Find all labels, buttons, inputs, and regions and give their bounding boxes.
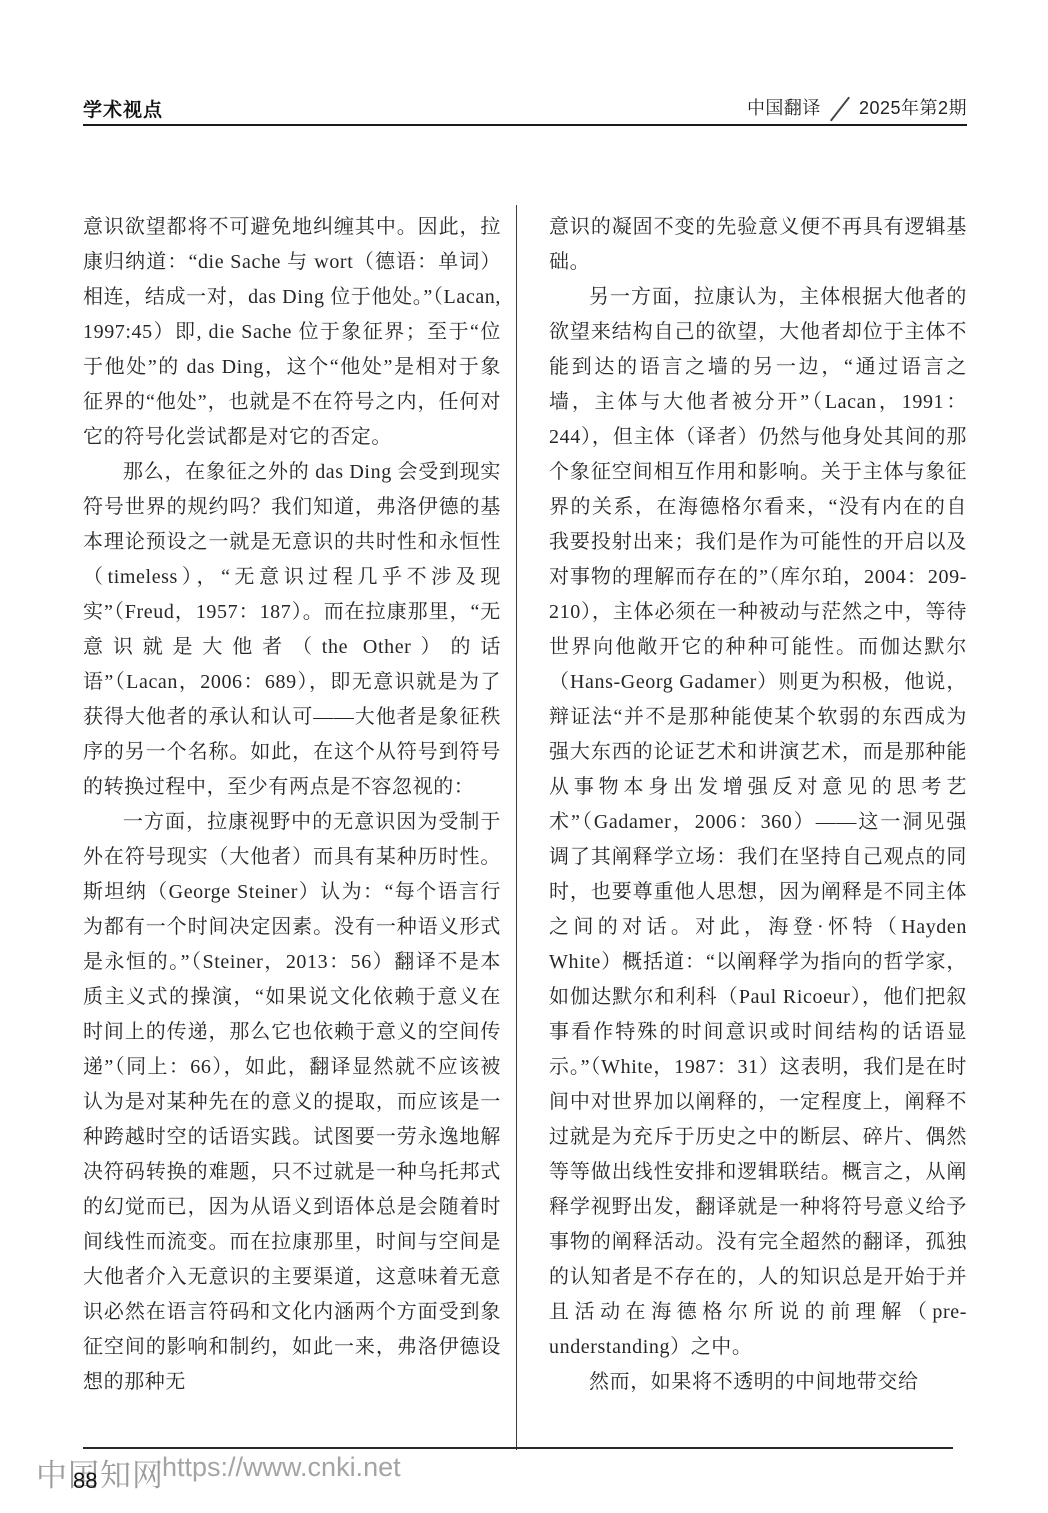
column-divider	[516, 205, 517, 1450]
page-number: 88	[73, 1468, 97, 1494]
header-rule	[83, 124, 967, 126]
slash-divider-icon	[830, 97, 850, 122]
section-label: 学术视点	[83, 95, 163, 122]
footer-rule	[83, 1447, 953, 1449]
journal-page: 学术视点 中国翻译 2025年第2期 意识欲望都将不可避免地纠缠其中。因此，拉康…	[0, 0, 1048, 1513]
paragraph: 一方面，拉康视野中的无意识因为受制于外在符号现实（大他者）而具有某种历时性。斯坦…	[83, 805, 501, 1400]
paragraph: 那么，在象征之外的 das Ding 会受到现实符号世界的规约吗？我们知道，弗洛…	[83, 455, 501, 805]
paragraph: 然而，如果将不透明的中间地带交给	[549, 1365, 967, 1400]
cnki-watermark: 中国知网	[36, 1450, 164, 1495]
paragraph: 另一方面，拉康认为，主体根据大他者的欲望来结构自己的欲望，大他者却位于主体不能到…	[549, 280, 967, 1365]
paragraph: 意识欲望都将不可避免地纠缠其中。因此，拉康归纳道：“die Sache 与 wo…	[83, 210, 501, 455]
issue-label: 2025年第2期	[859, 94, 967, 120]
cnki-url: https://www.cnki.net	[162, 1452, 401, 1483]
article-body: 意识欲望都将不可避免地纠缠其中。因此，拉康归纳道：“die Sache 与 wo…	[83, 210, 967, 1400]
left-column: 意识欲望都将不可避免地纠缠其中。因此，拉康归纳道：“die Sache 与 wo…	[83, 210, 501, 1400]
journal-info: 中国翻译 2025年第2期	[747, 92, 967, 122]
right-column: 意识的凝固不变的先验意义便不再具有逻辑基础。 另一方面，拉康认为，主体根据大他者…	[549, 210, 967, 1400]
paragraph: 意识的凝固不变的先验意义便不再具有逻辑基础。	[549, 210, 967, 280]
page-header: 学术视点 中国翻译 2025年第2期	[83, 92, 967, 122]
journal-name: 中国翻译	[747, 94, 821, 120]
